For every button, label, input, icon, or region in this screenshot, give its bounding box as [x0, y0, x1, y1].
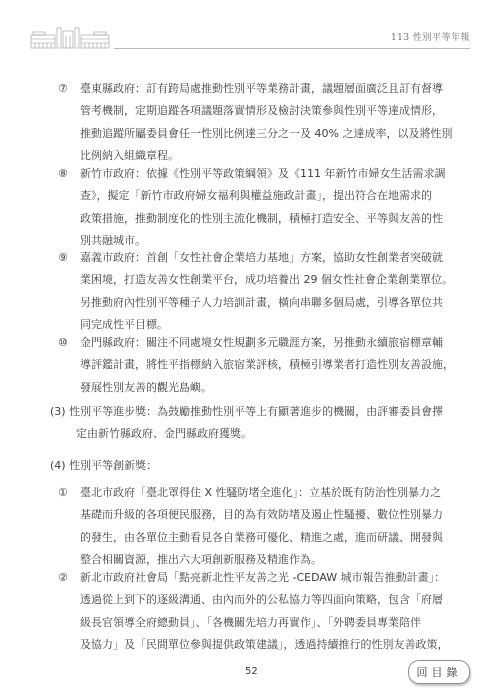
list-item: ⑨ 嘉義市政府：首創「女性社會企業培力基地」方案，協助女性創業者突破就 業困境，…	[80, 247, 450, 337]
text-line: 推動追蹤所屬委員會任一性別比例達三分之一及 40% 之達成率，以及將性別	[80, 123, 450, 145]
text-line: 基礎而升級的各項便民服務，目的為有效防堵及遏止性騷擾、數位性別暴力	[80, 504, 450, 526]
text-line: 發展性別友善的觀光島嶼。	[80, 377, 450, 399]
section-marker: (4)	[50, 459, 66, 472]
section-innovation-award: (4) 性別平等創新獎：	[50, 455, 450, 477]
text-span: 性別平等進步獎：為鼓勵推動性別平等上有顯著進步的機關，由評審委員會擇	[69, 405, 443, 418]
text-line: 查》，擬定「新竹市政府婦女福利與權益施政計畫」，提出符合在地需求的	[80, 185, 450, 207]
text-line: 導評鑑計畫，將性平指標納入旅宿業評核，積極引導業者打造性別友善設施，	[80, 354, 450, 376]
text-line: 新北市政府社會局「點亮新北性平友善之光 -CEDAW 城市報告推動計畫」：	[80, 567, 450, 589]
text-line: 透過從上到下的逐級溝通、由內而外的公私協力等四面向策略，包含「府層	[80, 589, 450, 611]
text-line: 臺東縣政府：訂有跨局處推動性別平等業務計畫，議題層面廣泛且訂有督導	[80, 78, 450, 100]
text-line: 定由新竹縣政府、金門縣政府獲獎。	[50, 423, 450, 445]
item-marker: ①	[58, 482, 68, 504]
text-line: 管考機制，定期追蹤各項議題落實情形及檢討決策參與性別平等達成情形，	[80, 100, 450, 122]
report-title: 113 性別平等年報	[391, 30, 470, 43]
section-progress-award: (3) 性別平等進步獎：為鼓勵推動性別平等上有顯著進步的機關，由評審委員會擇 定…	[50, 401, 450, 446]
section-marker: (3)	[50, 405, 66, 418]
text-line: (4) 性別平等創新獎：	[50, 455, 450, 477]
text-line: (3) 性別平等進步獎：為鼓勵推動性別平等上有顯著進步的機關，由評審委員會擇	[50, 401, 450, 423]
text-span: 性別平等創新獎：	[69, 459, 157, 472]
text-line: 級長官領導全府總動員」、「各機關先培力再實作」、「外聘委員專業陪伴	[80, 612, 450, 634]
page-number: 52	[245, 666, 258, 677]
page-header: 113 性別平等年報	[0, 0, 502, 60]
item-marker: ⑦	[58, 78, 68, 100]
text-line: 嘉義市政府：首創「女性社會企業培力基地」方案，協助女性創業者突破就	[80, 247, 450, 269]
item-marker: ②	[58, 567, 68, 589]
list-item: ② 新北市政府社會局「點亮新北性平友善之光 -CEDAW 城市報告推動計畫」： …	[80, 567, 450, 657]
text-line: 的發生，由各單位主動看見各自業務可優化、精進之處，進而研議、開發與	[80, 527, 450, 549]
text-line: 及協力」及「民間單位參與提供政策建議」，透過持續推行的性別友善政策，	[80, 634, 450, 656]
back-to-contents-button[interactable]: 回目錄	[408, 660, 470, 684]
list-item: ⑩ 金門縣政府：關注不同處境女性規劃多元職涯方案，另推動永續旅宿標章輔 導評鑑計…	[80, 332, 450, 399]
text-line: 新竹市政府：依據《性別平等政策綱領》及《111 年新竹市婦女生活需求調	[80, 163, 450, 185]
item-marker: ⑨	[58, 247, 68, 269]
list-item: ⑧ 新竹市政府：依據《性別平等政策綱領》及《111 年新竹市婦女生活需求調 查》…	[80, 163, 450, 253]
item-marker: ⑩	[58, 332, 68, 354]
list-item: ① 臺北市政府「臺北罩得住 X 性騷防堵全進化」：立基於既有防治性別暴力之 基礎…	[80, 482, 450, 572]
building-icon	[30, 26, 112, 50]
text-line: 臺北市政府「臺北罩得住 X 性騷防堵全進化」：立基於既有防治性別暴力之	[80, 482, 450, 504]
text-line: 金門縣政府：關注不同處境女性規劃多元職涯方案，另推動永續旅宿標章輔	[80, 332, 450, 354]
header-divider	[114, 48, 470, 49]
item-marker: ⑧	[58, 163, 68, 185]
text-line: 政策措施，推動制度化的性別主流化機制，積極打造安全、平等與友善的性	[80, 208, 450, 230]
text-line: 另推動府內性別平等種子人力培訓計畫，橫向串聯多個局處，引導各單位共	[80, 292, 450, 314]
text-line: 業困境，打造友善女性創業平台，成功培養出 29 個女性社會企業創業單位。	[80, 269, 450, 291]
list-item: ⑦ 臺東縣政府：訂有跨局處推動性別平等業務計畫，議題層面廣泛且訂有督導 管考機制…	[80, 78, 450, 168]
